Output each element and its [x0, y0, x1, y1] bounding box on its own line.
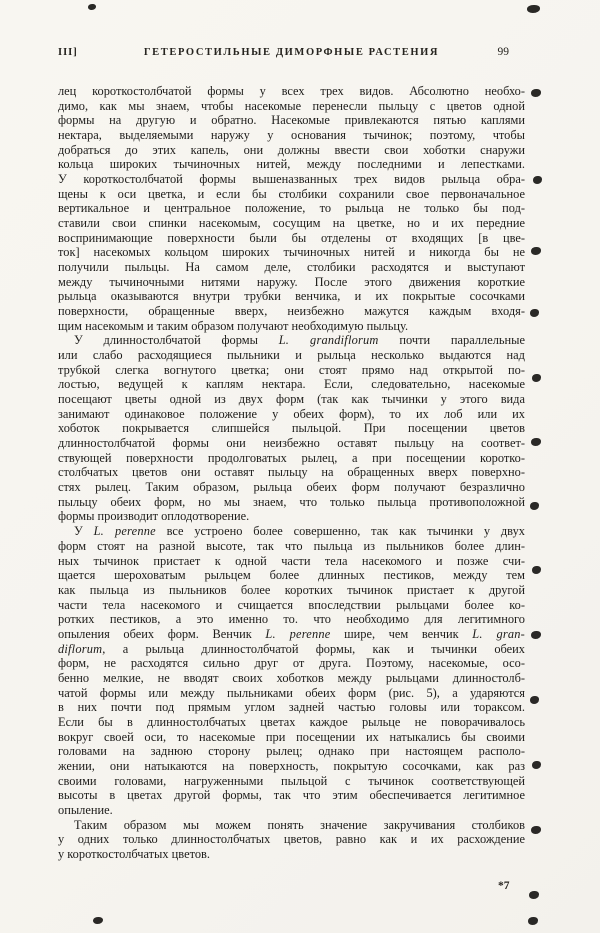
text-segment: между тычиночными нитями наружу. После э… — [58, 275, 525, 289]
text-segment: формы производит оплодотворение. — [58, 509, 249, 523]
scan-speck — [531, 826, 541, 834]
text-line: ставили свои спинки насекомым, сосущим н… — [58, 216, 525, 231]
text-segment: Если бы в длинностолбчатых цветах каждое… — [58, 715, 525, 729]
text-line: кольца широких тычиночных нитей, между п… — [58, 157, 525, 172]
text-segment: получили пыльцы. На самом деле, столбики… — [58, 260, 525, 274]
text-segment: пыльцу обеих форм, но мы знаем, что толь… — [58, 495, 525, 509]
text-line: форм, не расходятся сильно друг от друга… — [58, 656, 525, 671]
text-line: вертикальное и центральное положение, то… — [58, 201, 525, 216]
text-line: diflorum, а рыльца длинностолбчатой форм… — [58, 642, 525, 657]
text-segment: щим насекомым и таким образом получают н… — [58, 319, 408, 333]
text-line: бенно мелкие, не вводят своих хоботков м… — [58, 671, 525, 686]
text-segment: ток] насекомых кольцом широких тычиночны… — [58, 245, 525, 259]
text-line: у короткостолбчатых цветов. — [58, 847, 525, 862]
text-segment: шире, чем венчик — [330, 627, 472, 641]
scan-speck — [533, 176, 542, 184]
latin-species-name: L. perenne — [265, 627, 330, 641]
text-segment: поверхности, обращенные вверх, неизбежно… — [58, 304, 525, 318]
text-line: жении, они натыкаются на поверхность, по… — [58, 759, 525, 774]
scan-speck — [528, 917, 538, 925]
text-line: опыления обеих форм. Венчик L. perenne ш… — [58, 627, 525, 642]
latin-species-name: L. grandiflorum — [279, 333, 379, 347]
text-line: рыльца оказываются внутри трубки венчика… — [58, 289, 525, 304]
text-line: поверхности, обращенные вверх, неизбежно… — [58, 304, 525, 319]
text-segment: посещают цветы одной из двух форм (так к… — [58, 392, 525, 406]
text-segment: у одних только длинностолбчатых цветов, … — [58, 832, 525, 846]
signature-mark: *7 — [498, 880, 510, 892]
text-line: формы на другую и обратно. Насекомые при… — [58, 113, 525, 128]
text-line: занимают одинаковое положение у обеих фо… — [58, 407, 525, 422]
text-segment: вокруг своей оси, то насекомые при посещ… — [58, 730, 525, 744]
text-line: добраться до этих капель, они должны вве… — [58, 143, 525, 158]
text-line: пыльцу обеих форм, но мы знаем, что толь… — [58, 495, 525, 510]
text-line: получили пыльцы. На самом деле, столбики… — [58, 260, 525, 275]
scan-speck — [530, 309, 539, 317]
text-segment: воспринимающие поверхности были бы отдел… — [58, 231, 525, 245]
text-segment: ных тычинок пристает к одной части тела … — [58, 554, 525, 568]
text-segment: трубкой слегка вогнутого цветка; они сто… — [58, 363, 525, 377]
text-line: У L. perenne все устроено более совершен… — [58, 524, 525, 539]
text-line: части тела насекомого и счищается впосле… — [58, 598, 525, 613]
text-line: опыление. — [58, 803, 525, 818]
running-title: ГЕТЕРОСТИЛЬНЫЕ ДИМОРФНЫЕ РАСТЕНИЯ — [128, 47, 455, 58]
text-line: У короткостолбчатой формы вышеназванных … — [58, 172, 525, 187]
latin-species-name: L. perenne — [94, 524, 156, 538]
text-line: столбчатых цветов они оставят пыльцу на … — [58, 465, 525, 480]
text-line: вокруг своей оси, то насекомые при посещ… — [58, 730, 525, 745]
text-line: лостью, ведущей к каплям нектара. Если, … — [58, 377, 525, 392]
text-segment: рыльца оказываются внутри трубки венчика… — [58, 289, 525, 303]
text-line: щены к оси цветка, и если бы столбики со… — [58, 187, 525, 202]
text-segment: кольца широких тычиночных нитей, между п… — [58, 157, 525, 171]
text-line: высоты в цветах другой формы, так что эт… — [58, 788, 525, 803]
text-segment: или слабо расходящиеся пыльники и рыльца… — [58, 348, 525, 362]
text-line: между тычиночными нитями наружу. После э… — [58, 275, 525, 290]
text-segment: ротких пестиков, а это именно то. что не… — [58, 612, 525, 626]
text-line: У длинностолбчатой формы L. grandiflorum… — [58, 333, 525, 348]
scan-speck — [532, 374, 541, 382]
latin-species-name: L. gran- — [472, 627, 525, 641]
text-segment: ствующей поверхности продолговатых рылец… — [58, 451, 525, 465]
scan-speck — [531, 631, 541, 639]
page-number: 99 — [455, 46, 525, 58]
running-header: III] ГЕТЕРОСТИЛЬНЫЕ ДИМОРФНЫЕ РАСТЕНИЯ 9… — [58, 46, 525, 58]
text-segment: лостью, ведущей к каплям нектара. Если, … — [58, 377, 525, 391]
scan-speck — [531, 247, 541, 255]
scan-speck — [530, 502, 539, 510]
text-line: чатой формы или между пыльниками обеих ф… — [58, 686, 525, 701]
text-segment: все устроено более совершенно, так как т… — [156, 524, 525, 538]
text-segment: вертикальное и центральное положение, то… — [58, 201, 525, 215]
scan-speck — [532, 761, 541, 769]
text-line: воспринимающие поверхности были бы отдел… — [58, 231, 525, 246]
scan-speck — [530, 696, 539, 704]
scan-speck — [529, 891, 539, 899]
text-segment: У короткостолбчатой формы вышеназванных … — [58, 172, 525, 186]
text-segment: части тела насекомого и счищается впосле… — [58, 598, 525, 612]
text-segment: своими головами, нагруженными пыльцой с … — [58, 774, 525, 788]
text-segment: стях рылец. Таким образом, рыльца обеих … — [58, 480, 525, 494]
text-line: трубкой слегка вогнутого цветка; они сто… — [58, 363, 525, 378]
scan-speck — [88, 4, 96, 10]
text-segment: опыления обеих форм. Венчик — [58, 627, 265, 641]
text-line: посещают цветы одной из двух форм (так к… — [58, 392, 525, 407]
text-line: хоботок покрывается слипшейся пыльцой. П… — [58, 421, 525, 436]
text-segment: форм, не расходятся сильно друг от друга… — [58, 656, 525, 670]
text-segment: у короткостолбчатых цветов. — [58, 847, 210, 861]
text-line: лец короткостолбчатой формы у всех трех … — [58, 84, 525, 99]
text-line: ных тычинок пристает к одной части тела … — [58, 554, 525, 569]
text-segment: занимают одинаковое положение у обеих фо… — [58, 407, 525, 421]
text-line: в них почти под прямым углом задней част… — [58, 700, 525, 715]
chapter-marker: III] — [58, 47, 128, 58]
text-segment: ставили свои спинки насекомым, сосущим н… — [58, 216, 525, 230]
text-line: формы производит оплодотворение. — [58, 509, 525, 524]
text-segment: в них почти под прямым углом задней част… — [58, 700, 525, 714]
text-line: своими головами, нагруженными пыльцой с … — [58, 774, 525, 789]
text-line: длинностолбчатой формы они неизбежно ост… — [58, 436, 525, 451]
text-line: форм стоят на разной высоте, так что пыл… — [58, 539, 525, 554]
text-segment: щены к оси цветка, и если бы столбики со… — [58, 187, 525, 201]
text-segment: как пыльца из пыльников более коротких т… — [58, 583, 525, 597]
text-segment: жении, они натыкаются на поверхность, по… — [58, 759, 525, 773]
text-segment: длинностолбчатой формы они неизбежно ост… — [58, 436, 525, 450]
text-segment: головами на заднюю сторону рылец; однако… — [58, 744, 525, 758]
text-line: ротких пестиков, а это именно то. что не… — [58, 612, 525, 627]
text-line: или слабо расходящиеся пыльники и рыльца… — [58, 348, 525, 363]
text-line: щим насекомым и таким образом получают н… — [58, 319, 525, 334]
text-segment: , а рыльца длинностолбчатой формы, как и… — [102, 642, 525, 656]
text-line: у одних только длинностолбчатых цветов, … — [58, 832, 525, 847]
body-text: лец короткостолбчатой формы у всех трех … — [58, 84, 525, 862]
text-segment: хоботок покрывается слипшейся пыльцой. П… — [58, 421, 525, 435]
text-segment: опыление. — [58, 803, 113, 817]
text-line: головами на заднюю сторону рылец; однако… — [58, 744, 525, 759]
text-segment: нектара, выделяемыми наружу у основания … — [58, 128, 525, 142]
text-line: Таким образом мы можем понять значение з… — [58, 818, 525, 833]
text-segment: чатой формы или между пыльниками обеих ф… — [58, 686, 525, 700]
scan-speck — [531, 89, 541, 97]
text-segment: Таким образом мы можем понять значение з… — [74, 818, 525, 832]
text-segment: добраться до этих капель, они должны вве… — [58, 143, 525, 157]
text-segment: форм стоят на разной высоте, так что пыл… — [58, 539, 525, 553]
text-segment: димо, как мы знаем, чтобы насекомые пере… — [58, 99, 525, 113]
scan-speck — [527, 5, 540, 13]
scan-speck — [93, 917, 103, 924]
text-line: ствующей поверхности продолговатых рылец… — [58, 451, 525, 466]
text-segment: бенно мелкие, не вводят своих хоботков м… — [58, 671, 525, 685]
text-segment: почти параллельные — [379, 333, 525, 347]
text-line: ток] насекомых кольцом широких тычиночны… — [58, 245, 525, 260]
scan-speck — [531, 438, 541, 446]
text-line: димо, как мы знаем, чтобы насекомые пере… — [58, 99, 525, 114]
text-segment: У длинностолбчатой формы — [74, 333, 279, 347]
text-line: стях рылец. Таким образом, рыльца обеих … — [58, 480, 525, 495]
text-line: как пыльца из пыльников более коротких т… — [58, 583, 525, 598]
text-line: Если бы в длинностолбчатых цветах каждое… — [58, 715, 525, 730]
scanned-book-page: III] ГЕТЕРОСТИЛЬНЫЕ ДИМОРФНЫЕ РАСТЕНИЯ 9… — [0, 0, 600, 933]
scan-speck — [532, 566, 541, 574]
latin-species-name: diflorum — [58, 642, 102, 656]
text-segment: высоты в цветах другой формы, так что эт… — [58, 788, 525, 802]
text-segment: У — [74, 524, 94, 538]
text-segment: лец короткостолбчатой формы у всех трех … — [58, 84, 525, 98]
text-line: щается шероховатым рыльцем более длинных… — [58, 568, 525, 583]
text-segment: столбчатых цветов они оставят пыльцу на … — [58, 465, 525, 479]
text-segment: щается шероховатым рыльцем более длинных… — [58, 568, 525, 582]
text-line: нектара, выделяемыми наружу у основания … — [58, 128, 525, 143]
text-segment: формы на другую и обратно. Насекомые при… — [58, 113, 525, 127]
